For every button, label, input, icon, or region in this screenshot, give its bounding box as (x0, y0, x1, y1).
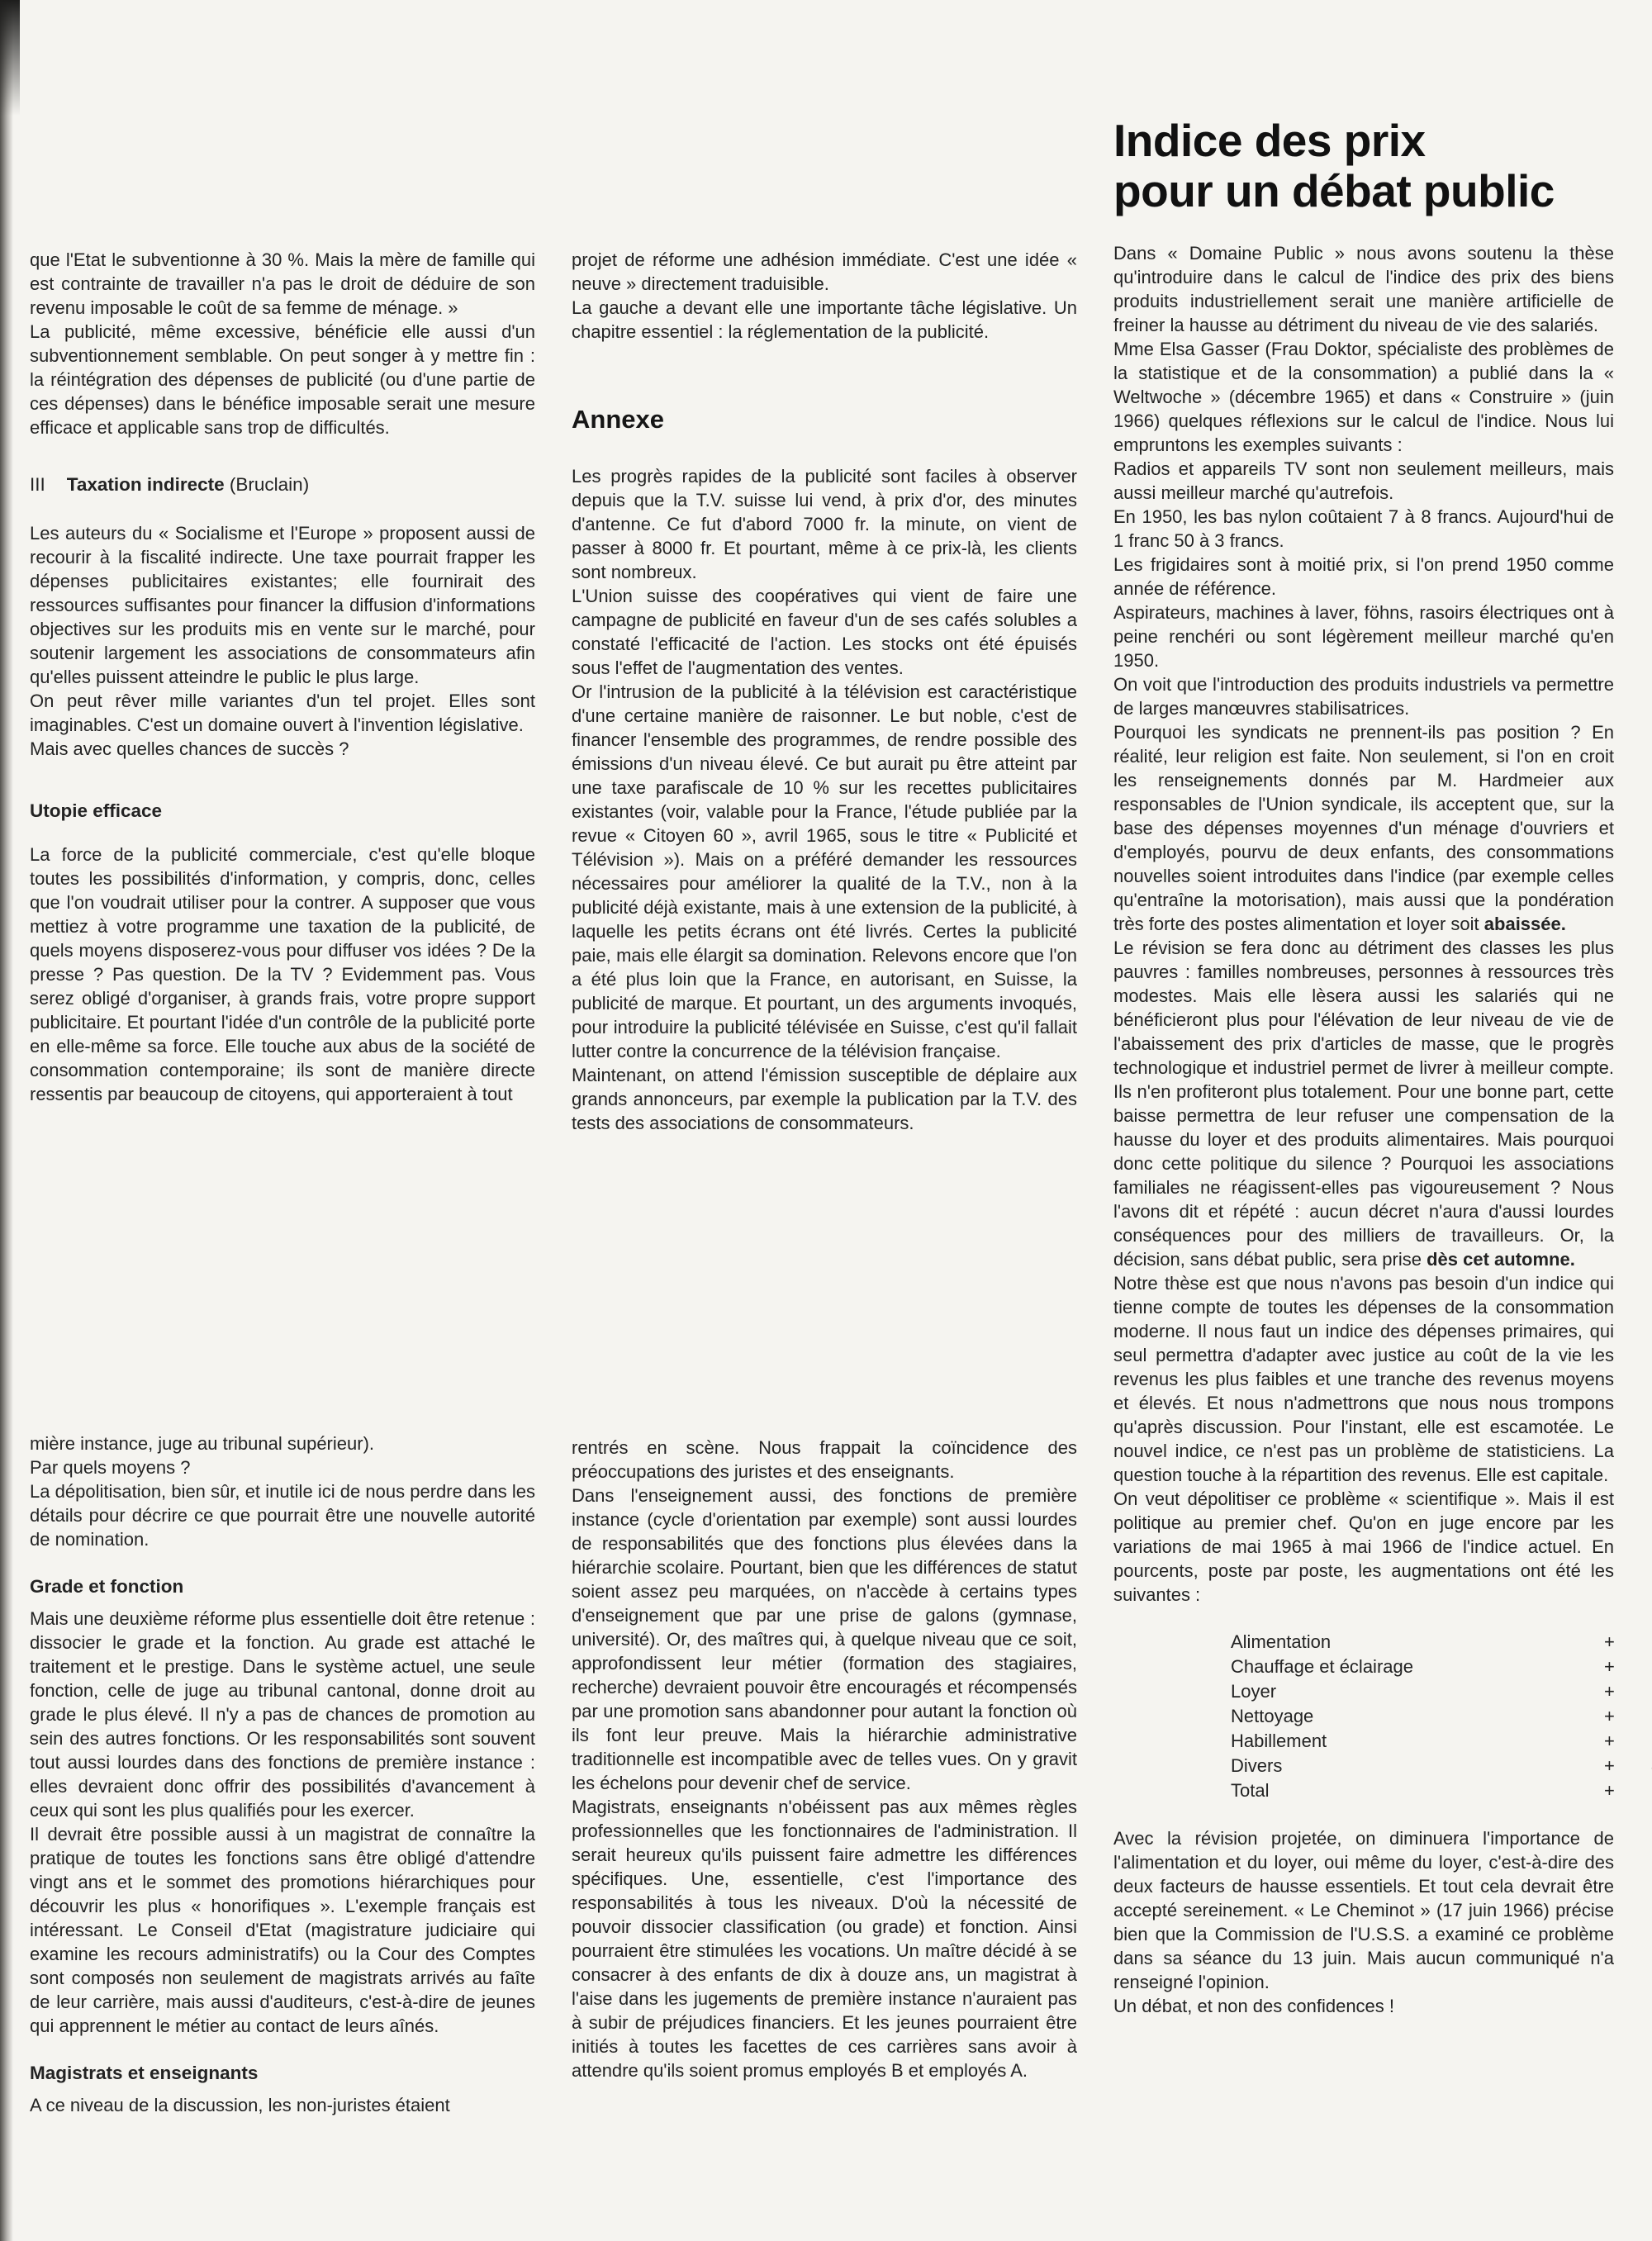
table-row-delta: +5,4 (1604, 1778, 1652, 1803)
column-1-lower: mière instance, juge au tribunal supérie… (30, 1431, 535, 2117)
section-heading-annexe: Annexe (572, 405, 1077, 434)
table-row: Nettoyage+2,2 (1231, 1704, 1652, 1729)
paragraph: Mme Elsa Gasser (Frau Doktor, spécialist… (1113, 337, 1614, 457)
paragraph: La force de la publicité commerciale, c'… (30, 843, 535, 1106)
paragraph: La dépolitisation, bien sûr, et inutile … (30, 1479, 535, 1551)
paragraph: On peut rêver mille variantes d'un tel p… (30, 689, 535, 737)
plus-sign: + (1604, 1754, 1615, 1778)
table-row: Total+5,4 (1231, 1778, 1652, 1803)
paragraph: Un débat, et non des confidences ! (1113, 1994, 1614, 2018)
table-row-label: Habillement (1231, 1729, 1327, 1754)
plus-sign: + (1604, 1704, 1615, 1729)
table-row-delta: +2,2 (1604, 1704, 1652, 1729)
table-row-label: Chauffage et éclairage (1231, 1655, 1413, 1679)
paragraph: que l'Etat le subventionne à 30 %. Mais … (30, 248, 535, 320)
article-headline: Indice des prixpour un débat public (1113, 116, 1614, 216)
paragraph: La publicité, même excessive, bénéficie … (30, 320, 535, 439)
paragraph: En 1950, les bas nylon coûtaient 7 à 8 f… (1113, 505, 1614, 553)
table-row-label: Total (1231, 1778, 1269, 1803)
headline-line-1: Indice des prix (1113, 116, 1614, 166)
paragraph: Mais avec quelles chances de succès ? (30, 737, 535, 761)
paragraph: Le révision se fera donc au détriment de… (1113, 936, 1614, 1271)
paragraph: Aspirateurs, machines à laver, föhns, ra… (1113, 601, 1614, 672)
paragraph-text: Pourquoi les syndicats ne prennent-ils p… (1113, 722, 1614, 934)
paragraph: mière instance, juge au tribunal supérie… (30, 1431, 535, 1455)
emphasis-abaissee: abaissée. (1484, 914, 1566, 934)
heading-numeral: III (30, 474, 45, 495)
heading-bold-text: Taxation indirecte (67, 474, 225, 495)
table-row-label: Loyer (1231, 1679, 1276, 1704)
section-heading-utopie-efficace: Utopie efficace (30, 799, 535, 823)
paragraph: Notre thèse est que nous n'avons pas bes… (1113, 1271, 1614, 1487)
paragraph: Les progrès rapides de la publicité sont… (572, 464, 1077, 584)
table-row-label: Alimentation (1231, 1630, 1331, 1655)
table-row-label: Divers (1231, 1754, 1282, 1778)
table-row-delta: +2,2 (1604, 1729, 1652, 1754)
column-2-upper: projet de réforme une adhésion immédiate… (572, 248, 1077, 1135)
paragraph: La gauche a devant elle une importante t… (572, 296, 1077, 344)
table-row: Alimentation+6,1 (1231, 1630, 1652, 1655)
paragraph: Dans « Domaine Public » nous avons soute… (1113, 241, 1614, 337)
paragraph: Mais une deuxième réforme plus essentiel… (30, 1607, 535, 1822)
table-row-delta: +4,9 (1604, 1754, 1652, 1778)
paragraph: Les auteurs du « Socialisme et l'Europe … (30, 521, 535, 689)
table-row-delta: +8,0 (1604, 1679, 1652, 1704)
column-2-lower: rentrés en scène. Nous frappait la coïnc… (572, 1436, 1077, 2082)
plus-sign: + (1604, 1778, 1615, 1803)
emphasis-des-cet-automne: dès cet automne. (1427, 1249, 1575, 1270)
paragraph: Radios et appareils TV sont non seulemen… (1113, 457, 1614, 505)
paragraph: Les frigidaires sont à moitié prix, si l… (1113, 553, 1614, 601)
plus-sign: + (1604, 1630, 1615, 1655)
table-row: Divers+4,9 (1231, 1754, 1652, 1778)
paragraph: Pourquoi les syndicats ne prennent-ils p… (1113, 720, 1614, 936)
paragraph: L'Union suisse des coopératives qui vien… (572, 584, 1077, 680)
headline-line-2: pour un débat public (1113, 166, 1614, 216)
scan-corner-mark (0, 0, 20, 116)
paragraph: A ce niveau de la discussion, les non-ju… (30, 2093, 535, 2117)
section-heading-taxation-indirecte: IIITaxation indirecte (Bruclain) (30, 472, 535, 496)
paragraph: Maintenant, on attend l'émission suscept… (572, 1063, 1077, 1135)
scan-edge-shadow (0, 0, 13, 2241)
section-heading-magistrats-et-enseignants: Magistrats et enseignants (30, 2061, 535, 2085)
paragraph: Il devrait être possible aussi à un magi… (30, 1822, 535, 2038)
plus-sign: + (1604, 1655, 1615, 1679)
newspaper-page: que l'Etat le subventionne à 30 %. Mais … (0, 0, 1652, 2241)
paragraph: On voit que l'introduction des produits … (1113, 672, 1614, 720)
column-3-article: Indice des prixpour un débat public Dans… (1113, 116, 1614, 2018)
plus-sign: + (1604, 1729, 1615, 1754)
paragraph: Dans l'enseignement aussi, des fonctions… (572, 1484, 1077, 1795)
price-index-table: Alimentation+6,1 Chauffage et éclairage+… (1231, 1630, 1652, 1803)
column-1-upper: que l'Etat le subventionne à 30 %. Mais … (30, 248, 535, 1106)
section-heading-grade-et-fonction: Grade et fonction (30, 1574, 535, 1598)
paragraph: rentrés en scène. Nous frappait la coïnc… (572, 1436, 1077, 1484)
table-row: Chauffage et éclairage+3,6 (1231, 1655, 1652, 1679)
paragraph: Avec la révision projetée, on diminuera … (1113, 1826, 1614, 1994)
heading-suffix: (Bruclain) (225, 474, 310, 495)
paragraph: Magistrats, enseignants n'obéissent pas … (572, 1795, 1077, 2082)
paragraph-text: Le révision se fera donc au détriment de… (1113, 938, 1614, 1270)
plus-sign: + (1604, 1679, 1615, 1704)
paragraph: projet de réforme une adhésion immédiate… (572, 248, 1077, 296)
paragraph: Par quels moyens ? (30, 1455, 535, 1479)
table-row-delta: +3,6 (1604, 1655, 1652, 1679)
paragraph: Or l'intrusion de la publicité à la télé… (572, 680, 1077, 1063)
table-row: Loyer+8,0 (1231, 1679, 1652, 1704)
table-row-delta: +6,1 (1604, 1630, 1652, 1655)
table-row-label: Nettoyage (1231, 1704, 1313, 1729)
paragraph: On veut dépolitiser ce problème « scient… (1113, 1487, 1614, 1607)
table-row: Habillement+2,2 (1231, 1729, 1652, 1754)
